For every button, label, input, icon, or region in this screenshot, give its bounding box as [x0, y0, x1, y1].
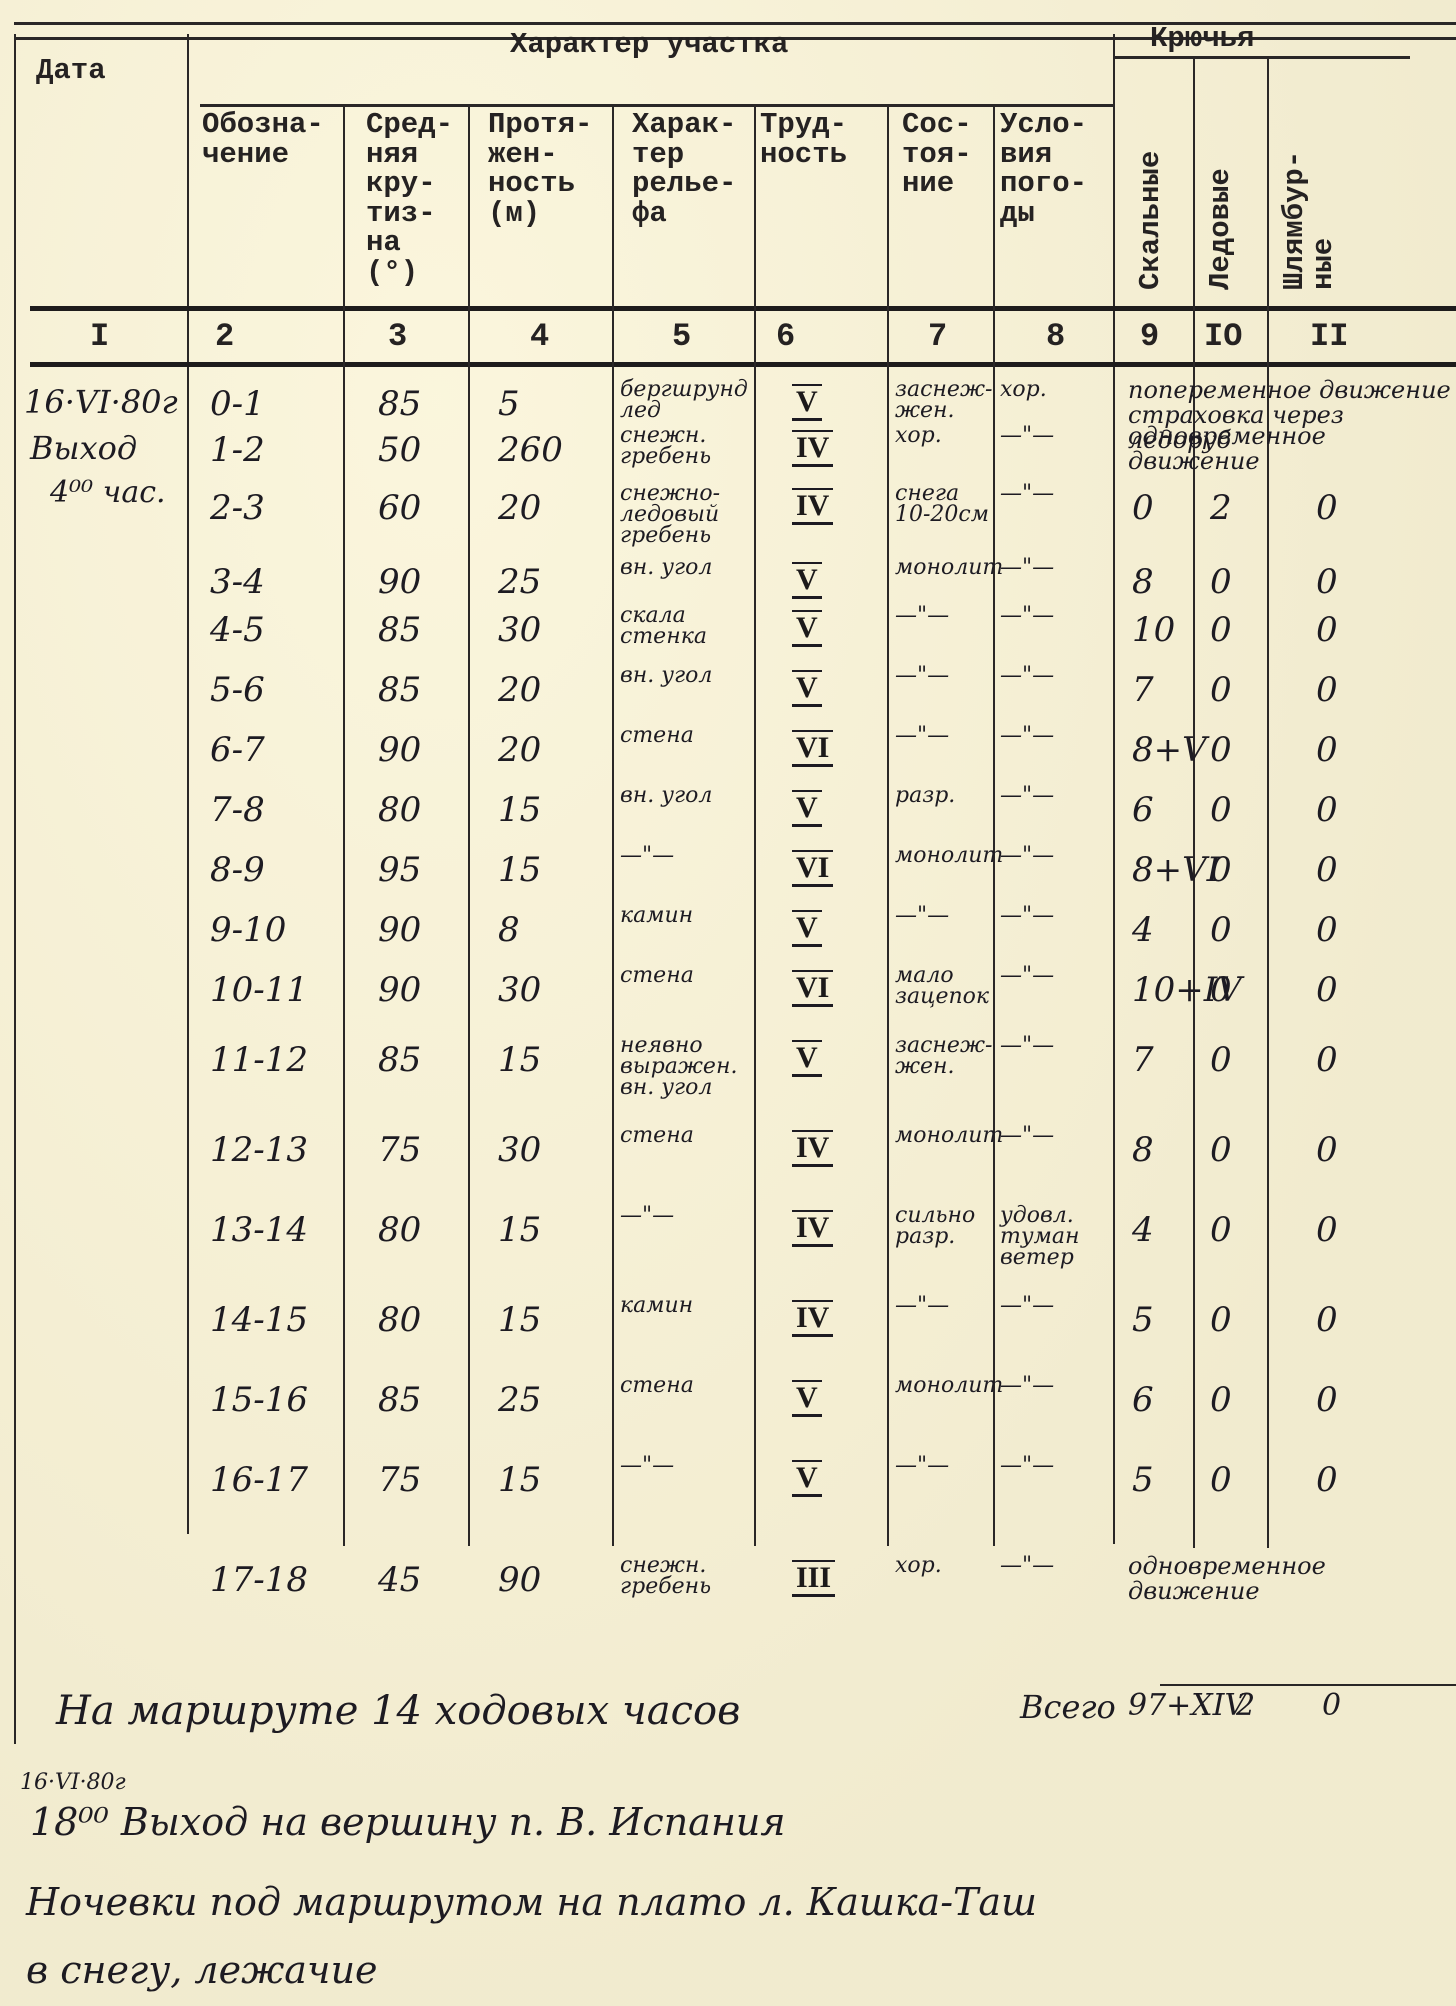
cell-steepness: 90	[378, 970, 421, 1010]
header-weather: Усло- вия пого- ды	[1000, 110, 1087, 228]
cell-length: 15	[498, 1460, 541, 1500]
summit-date: 16·VI·80г	[20, 1770, 126, 1795]
cell-belay-note: одновременное движение	[1128, 1554, 1454, 1604]
cell-weather: —"—	[1000, 1556, 1054, 1577]
cell-relief: стена	[620, 726, 694, 747]
cell-bolt: 0	[1316, 1130, 1338, 1170]
cell-relief: камин	[620, 906, 693, 927]
cell-steepness: 75	[378, 1460, 421, 1500]
cell-bolt: 0	[1316, 790, 1338, 830]
cell-segment: 4-5	[210, 610, 265, 650]
totals-label: Всего	[1020, 1688, 1116, 1726]
cell-steepness: 80	[378, 790, 421, 830]
colnum-8: 8	[1046, 318, 1065, 355]
cell-rock: 0	[1132, 488, 1154, 528]
cell-relief: бергшрунд лед	[620, 380, 748, 422]
totals-ice: 2	[1236, 1688, 1255, 1723]
date-value: 16·VI·80г	[24, 386, 178, 419]
cell-bolt: 0	[1316, 730, 1338, 770]
cell-bolt: 0	[1316, 850, 1338, 890]
cell-difficulty: IV	[792, 1300, 833, 1337]
cell-segment: 1-2	[210, 430, 265, 470]
cell-segment: 16-17	[210, 1460, 308, 1500]
cell-segment: 2-3	[210, 488, 265, 528]
cell-belay-note: одновременное движение	[1128, 424, 1454, 474]
cell-bolt: 0	[1316, 670, 1338, 710]
cell-weather: —"—	[1000, 1296, 1054, 1317]
colnum-6: 6	[776, 318, 795, 355]
cell-difficulty: V	[792, 610, 822, 647]
cell-difficulty: IV	[792, 1130, 833, 1167]
cell-ice: 0	[1210, 790, 1232, 830]
section-group-rule	[200, 104, 1115, 107]
cell-length: 90	[498, 1560, 541, 1600]
cell-segment: 12-13	[210, 1130, 308, 1170]
totals-bolt: 0	[1322, 1688, 1341, 1723]
cell-segment: 0-1	[210, 384, 265, 424]
header-steepness: Сред- няя кру- тиз- на (°)	[366, 110, 453, 287]
totals-rock: 97+XIV	[1128, 1688, 1246, 1723]
col-divider-6	[887, 106, 889, 1546]
cell-relief: —"—	[620, 1456, 674, 1477]
cell-rock: 10	[1132, 610, 1175, 650]
cell-difficulty: IV	[792, 1210, 833, 1247]
cell-steepness: 90	[378, 730, 421, 770]
cell-difficulty: V	[792, 1460, 822, 1497]
pitons-group-rule	[1115, 56, 1410, 59]
colnum-9: 9	[1140, 318, 1159, 355]
cell-weather: —"—	[1000, 846, 1054, 867]
cell-condition: мало зацепок	[895, 966, 989, 1008]
colnum-2: 2	[215, 318, 234, 355]
cell-difficulty: VI	[792, 730, 833, 767]
departure-time: 4⁰⁰ час.	[50, 478, 166, 509]
cell-relief: снежн. гребень	[620, 426, 711, 468]
cell-rock: 6	[1132, 1380, 1154, 1420]
cell-steepness: 75	[378, 1130, 421, 1170]
cell-length: 5	[498, 384, 520, 424]
cell-segment: 14-15	[210, 1300, 308, 1340]
cell-relief: стена	[620, 1126, 694, 1147]
cell-rock: 4	[1132, 910, 1154, 950]
colnum-5: 5	[672, 318, 691, 355]
cell-length: 20	[498, 488, 541, 528]
colnum-11: II	[1310, 318, 1348, 355]
cell-bolt: 0	[1316, 1460, 1338, 1500]
summit-note: 18⁰⁰ Выход на вершину п. В. Испания	[30, 1800, 786, 1844]
cell-difficulty: V	[792, 910, 822, 947]
cell-length: 260	[498, 430, 563, 470]
cell-ice: 0	[1210, 562, 1232, 602]
cell-difficulty: III	[792, 1560, 835, 1597]
header-section-group: Характер участка	[510, 30, 788, 60]
cell-steepness: 95	[378, 850, 421, 890]
cell-length: 15	[498, 1210, 541, 1250]
cell-segment: 7-8	[210, 790, 265, 830]
cell-relief: снежн. гребень	[620, 1556, 711, 1598]
col-divider-9	[1193, 58, 1195, 1548]
col-divider-5	[754, 106, 756, 1546]
cell-weather: —"—	[1000, 1376, 1054, 1397]
cell-segment: 3-4	[210, 562, 265, 602]
cell-length: 25	[498, 562, 541, 602]
cell-rock: 7	[1132, 670, 1154, 710]
colnum-1: I	[90, 318, 109, 355]
cell-condition: разр.	[895, 786, 955, 807]
cell-condition: заснеж- жен.	[895, 1036, 992, 1078]
left-border	[14, 34, 16, 1744]
cell-weather: —"—	[1000, 484, 1054, 505]
cell-condition: —"—	[895, 666, 949, 687]
cell-condition: монолит	[895, 558, 1003, 579]
cell-weather: —"—	[1000, 966, 1054, 987]
cell-weather: хор.	[1000, 380, 1047, 401]
cell-condition: снега 10-20см	[895, 484, 989, 526]
cell-ice: 0	[1210, 1040, 1232, 1080]
cell-relief: вн. угол	[620, 786, 712, 807]
header-date: Дата	[36, 56, 106, 86]
colnum-4: 4	[530, 318, 549, 355]
cell-relief: вн. угол	[620, 558, 712, 579]
cell-length: 20	[498, 670, 541, 710]
cell-condition: монолит	[895, 1126, 1003, 1147]
cell-segment: 10-11	[210, 970, 308, 1010]
cell-relief: стена	[620, 966, 694, 987]
cell-difficulty: IV	[792, 488, 833, 525]
cell-weather: удовл. туман ветер	[1000, 1206, 1079, 1269]
cell-ice: 0	[1210, 970, 1232, 1010]
cell-rock: 5	[1132, 1460, 1154, 1500]
cell-length: 15	[498, 1040, 541, 1080]
cell-steepness: 90	[378, 910, 421, 950]
cell-ice: 0	[1210, 1460, 1232, 1500]
cell-condition: хор.	[895, 426, 942, 447]
header-rock-pitons: Скальные	[1134, 151, 1167, 290]
cell-steepness: 90	[378, 562, 421, 602]
cell-condition: монолит	[895, 846, 1003, 867]
cell-weather: —"—	[1000, 1456, 1054, 1477]
cell-rock: 8	[1132, 562, 1154, 602]
colnum-3: 3	[388, 318, 407, 355]
cell-weather: —"—	[1000, 726, 1054, 747]
cell-steepness: 50	[378, 430, 421, 470]
cell-length: 20	[498, 730, 541, 770]
cell-ice: 0	[1210, 1130, 1232, 1170]
cell-condition: сильно разр.	[895, 1206, 975, 1248]
cell-ice: 0	[1210, 1380, 1232, 1420]
cell-segment: 9-10	[210, 910, 286, 950]
cell-difficulty: V	[792, 1380, 822, 1417]
cell-bolt: 0	[1316, 610, 1338, 650]
bivouac-note-1: Ночевки под маршрутом на плато л. Кашка-…	[26, 1880, 1037, 1924]
col-divider-pitons	[1113, 34, 1115, 1544]
cell-difficulty: V	[792, 562, 822, 599]
cell-weather: —"—	[1000, 666, 1054, 687]
col-divider-date	[187, 34, 189, 1534]
cell-segment: 8-9	[210, 850, 265, 890]
header-designation: Обозна- чение	[202, 110, 324, 169]
cell-length: 30	[498, 970, 541, 1010]
cell-rock: 4	[1132, 1210, 1154, 1250]
cell-rock: 6	[1132, 790, 1154, 830]
bivouac-note-2: в снегу, лежачие	[26, 1948, 378, 1992]
cell-weather: —"—	[1000, 426, 1054, 447]
cell-relief: —"—	[620, 846, 674, 867]
col-divider-7	[993, 106, 995, 1546]
cell-difficulty: V	[792, 384, 822, 421]
cell-condition: —"—	[895, 1296, 949, 1317]
col-divider-2	[343, 106, 345, 1546]
cell-segment: 15-16	[210, 1380, 308, 1420]
cell-ice: 2	[1210, 488, 1232, 528]
header-pitons-group: Крючья	[1150, 24, 1254, 54]
departure-label: Выход	[30, 432, 137, 465]
header-bolt-pitons: Шлямбур- ные	[1280, 151, 1338, 290]
cell-difficulty: V	[792, 670, 822, 707]
cell-rock: 8	[1132, 1130, 1154, 1170]
cell-relief: камин	[620, 1296, 693, 1317]
cell-steepness: 85	[378, 670, 421, 710]
cell-rock: 7	[1132, 1040, 1154, 1080]
cell-bolt: 0	[1316, 1380, 1338, 1420]
cell-relief: —"—	[620, 1206, 674, 1227]
cell-relief: стена	[620, 1376, 694, 1397]
col-divider-3	[468, 106, 470, 1546]
cell-relief: скала стенка	[620, 606, 707, 648]
cell-condition: —"—	[895, 606, 949, 627]
cell-ice: 0	[1210, 730, 1232, 770]
header-difficulty: Труд- ность	[760, 110, 847, 169]
cell-steepness: 80	[378, 1210, 421, 1250]
col-divider-4	[612, 106, 614, 1546]
cell-relief: вн. угол	[620, 666, 712, 687]
cell-steepness: 60	[378, 488, 421, 528]
cell-weather: —"—	[1000, 558, 1054, 579]
cell-length: 30	[498, 610, 541, 650]
cell-steepness: 80	[378, 1300, 421, 1340]
cell-difficulty: V	[792, 790, 822, 827]
cell-difficulty: IV	[792, 430, 833, 467]
cell-bolt: 0	[1316, 562, 1338, 602]
totals-rule	[1160, 1684, 1456, 1686]
cell-length: 8	[498, 910, 520, 950]
cell-length: 15	[498, 1300, 541, 1340]
cell-ice: 0	[1210, 850, 1232, 890]
cell-length: 25	[498, 1380, 541, 1420]
cell-length: 30	[498, 1130, 541, 1170]
cell-weather: —"—	[1000, 906, 1054, 927]
cell-condition: заснеж- жен.	[895, 380, 992, 422]
cell-ice: 0	[1210, 910, 1232, 950]
cell-segment: 11-12	[210, 1040, 308, 1080]
cell-weather: —"—	[1000, 786, 1054, 807]
cell-condition: —"—	[895, 1456, 949, 1477]
header-relief: Харак- тер релье- фа	[632, 110, 736, 228]
cell-segment: 17-18	[210, 1560, 308, 1600]
cell-segment: 13-14	[210, 1210, 308, 1250]
cell-bolt: 0	[1316, 970, 1338, 1010]
cell-bolt: 0	[1316, 1040, 1338, 1080]
header-ice-pitons: Ледовые	[1204, 168, 1237, 290]
cell-condition: —"—	[895, 906, 949, 927]
cell-length: 15	[498, 790, 541, 830]
cell-bolt: 0	[1316, 488, 1338, 528]
climbing-route-log-sheet: Дата Характер участка Крючья Обозна- чен…	[0, 0, 1456, 2006]
colnum-10: IO	[1204, 318, 1242, 355]
route-time-note: На маршруте 14 ходовых часов	[56, 1688, 740, 1734]
cell-rock: 5	[1132, 1300, 1154, 1340]
cell-difficulty: V	[792, 1040, 822, 1077]
cell-relief: снежно- ледовый гребень	[620, 484, 720, 547]
col-divider-10	[1267, 58, 1269, 1548]
cell-rock: 8+V	[1132, 730, 1207, 770]
colnum-7: 7	[928, 318, 947, 355]
cell-difficulty: VI	[792, 850, 833, 887]
cell-length: 15	[498, 850, 541, 890]
cell-bolt: 0	[1316, 1300, 1338, 1340]
cell-condition: хор.	[895, 1556, 942, 1577]
cell-relief: неявно выражен. вн. угол	[620, 1036, 737, 1099]
cell-steepness: 85	[378, 1380, 421, 1420]
cell-rock: 8+VI	[1132, 850, 1220, 890]
cell-steepness: 85	[378, 610, 421, 650]
cell-weather: —"—	[1000, 606, 1054, 627]
cell-weather: —"—	[1000, 1036, 1054, 1057]
cell-condition: монолит	[895, 1376, 1003, 1397]
cell-ice: 0	[1210, 610, 1232, 650]
cell-bolt: 0	[1316, 1210, 1338, 1250]
cell-steepness: 45	[378, 1560, 421, 1600]
colnum-bottom-rule	[30, 362, 1456, 367]
cell-steepness: 85	[378, 1040, 421, 1080]
cell-weather: —"—	[1000, 1126, 1054, 1147]
cell-ice: 0	[1210, 670, 1232, 710]
header-condition: Сос- тоя- ние	[902, 110, 972, 199]
cell-segment: 5-6	[210, 670, 265, 710]
cell-bolt: 0	[1316, 910, 1338, 950]
header-length: Протя- жен- ность (м)	[488, 110, 592, 228]
cell-ice: 0	[1210, 1300, 1232, 1340]
header-bottom-rule	[30, 306, 1456, 311]
cell-condition: —"—	[895, 726, 949, 747]
cell-segment: 6-7	[210, 730, 265, 770]
cell-steepness: 85	[378, 384, 421, 424]
cell-ice: 0	[1210, 1210, 1232, 1250]
cell-difficulty: VI	[792, 970, 833, 1007]
